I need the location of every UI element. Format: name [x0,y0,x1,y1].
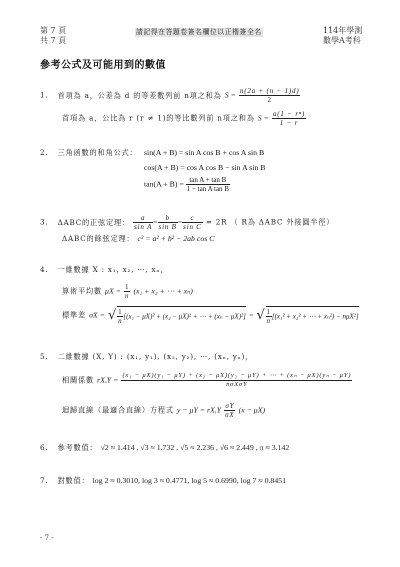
arith-series-fraction: n(2a + (n − 1)d) 2 [239,87,301,104]
mean-lhs: μX = [105,287,121,296]
fraction-numerator: a [133,214,153,223]
regression-formula: 迴歸直線（最適合直線）方程式 y − μY = rX,Y σY σX (x − … [62,402,265,419]
fraction-denominator: nσXσY [121,381,352,389]
mean-fraction: 1 n [124,283,130,300]
item-4: 4. 一維數據 X : x₁, x₂, ⋯, xₙ， [40,265,168,274]
fraction-denominator: 1 − tan A tan B [186,185,230,193]
sine-law-text: ΔABC的正弦定理： [58,218,130,227]
cosine-law-text: ΔABC的餘弦定理： [62,234,134,243]
item-5: 5. 二維數據 (X, Y) : (x₁, y₁), (x₂, y₂), ⋯, … [40,352,253,361]
sd-text: 標準差 [62,311,86,320]
item-number: 5. [40,352,48,361]
sd-sqrt-2: √1n[(x₁² + x₂² + ⋯ + xₙ²) − nμX²] [256,306,358,325]
fraction-denominator: sin A [133,223,153,231]
sd-body-2: [(x₁² + x₂² + ⋯ + xₙ²) − nμX²] [272,313,359,321]
reg-fraction: σY σX [224,402,235,419]
page-total-label: 共 7 頁 [40,36,66,46]
two-dim-data-text: 二維數據 (X, Y) : (x₁, y₁), (x₂, y₂), ⋯, (xₙ… [58,352,254,361]
reg-lhs: y − μY = rX,Y [177,406,221,415]
tan-sum-formula: tan(A + B) = tan A + tan B 1 − tan A tan… [144,176,230,193]
page-title: 參考公式及可能用到的數值 [40,56,166,71]
fraction-denominator: n [124,292,130,300]
fraction-numerator: n(2a + (n − 1)d) [239,87,301,96]
item-6: 6. 參考數值： √2 ≈ 1.414 , √3 ≈ 1.732 , √5 ≈ … [40,443,289,452]
one-dim-data-text: 一維數據 X : x₁, x₂, ⋯, xₙ， [58,265,169,274]
arith-series-text: 首項為 a，公差為 d 的等差數列前 n項之和為 [58,91,222,100]
fraction-denominator: 2 [239,96,301,104]
corr-text: 相關係數 [62,376,94,385]
fraction-denominator: σX [224,411,235,419]
item-number: 7. [40,476,48,485]
corr-lhs: rX,Y = [97,376,118,385]
sine-law-tail: = 2R （ R為 ΔABC 外接圓半徑） [206,218,334,227]
item-7: 7. 對數值： log 2 ≈ 0.3010, log 3 ≈ 0.4771, … [40,476,286,485]
fraction-numerator: tan A + tan B [186,176,230,185]
item-1b: 首項為 a，公比為 r (r ≠ 1)的等比數列前 n項之和為 S = a(1 … [62,110,306,127]
fraction-denominator: sin B [158,223,178,231]
sine-law-frac-c: c sin C [182,214,203,231]
cos-sum-formula: cos(A + B) = cos A cos B − sin A sin B [144,163,266,172]
fraction-numerator: (x₁ − μX)(y₁ − μY) + (x₂ − μX)(y₂ − μY) … [121,372,352,381]
sd-lhs: σX = [89,311,105,320]
exam-subject-label: 數學A考科 [323,36,361,46]
fraction-numerator: 1 [124,283,130,292]
exam-year-label: 114年學測 [323,26,362,36]
geo-series-lhs: S = [258,114,269,123]
item-1: 1. 首項為 a，公差為 d 的等差數列前 n項之和為 S = n(2a + (… [40,87,300,104]
mean-text: 算術平均數 [62,287,102,296]
ref-values-text: 參考數值： [58,443,98,452]
mean-rhs: (x₁ + x₂ + ⋯ + xₙ) [133,287,192,296]
sd-formula: 標準差 σX = √1n[(x₁ − μX)² + (x₂ − μX)² + ⋯… [62,306,359,325]
page-number: - 7 - [40,534,54,542]
tan-fraction: tan A + tan B 1 − tan A tan B [186,176,230,193]
item-3b: ΔABC的餘弦定理： c² = a² + b² − 2ab cos C [62,234,214,243]
fraction-numerator: c [182,214,203,223]
fraction-denominator: sin C [182,223,203,231]
item-number: 2. [40,148,48,157]
item-number: 3. [40,218,48,227]
sd-equals: = [249,311,253,320]
sd-body-1: [(x₁ − μX)² + (x₂ − μX)² + ⋯ + (xₙ − μX)… [123,313,245,321]
ref-values: √2 ≈ 1.414 , √3 ≈ 1.732 , √5 ≈ 2.236 , √… [101,443,290,452]
sin-sum-formula: sin(A + B) = sin A cos B + cos A sin B [144,148,264,157]
trig-sum-text: 三角函數的和角公式： [58,148,138,157]
fraction-numerator: a(1 − rⁿ) [272,110,306,119]
corr-fraction: (x₁ − μX)(y₁ − μY) + (x₂ − μX)(y₂ − μY) … [121,372,352,389]
sd-sqrt-1: √1n[(x₁ − μX)² + (x₂ − μX)² + ⋯ + (xₙ − … [108,306,246,325]
item-3: 3. ΔABC的正弦定理： a sin A = b sin B = c sin … [40,214,334,231]
mean-formula: 算術平均數 μX = 1 n (x₁ + x₂ + ⋯ + xₙ) [62,283,193,300]
correlation-formula: 相關係數 rX,Y = (x₁ − μX)(y₁ − μY) + (x₂ − μ… [62,372,352,389]
cosine-law-formula: c² = a² + b² − 2ab cos C [138,234,215,243]
log-values-text: 對數值： [58,476,90,485]
page-current-label: 第 7 頁 [40,26,66,36]
tan-lhs: tan(A + B) = [144,179,184,188]
geo-series-fraction: a(1 − rⁿ) 1 − r [272,110,306,127]
item-number: 1. [40,91,48,100]
reg-rhs: (x − μX) [239,406,266,415]
sine-law-frac-b: b sin B [158,214,178,231]
geo-series-text: 首項為 a，公比為 r (r ≠ 1)的等比數列前 n項之和為 [62,114,255,123]
signature-notice: 請記得在答題卷簽名欄位以正楷簽全名 [135,28,263,37]
sine-law-frac-a: a sin A [133,214,153,231]
reg-text: 迴歸直線（最適合直線）方程式 [62,406,174,415]
log-values: log 2 ≈ 0.3010, log 3 ≈ 0.4771, log 5 ≈ … [93,476,286,485]
fraction-numerator: b [158,214,178,223]
item-number: 6. [40,443,48,452]
item-2: 2. 三角函數的和角公式： [40,148,137,157]
fraction-numerator: σY [224,402,235,411]
fraction-denominator: 1 − r [272,119,306,127]
arith-series-lhs: S = [225,91,236,100]
item-number: 4. [40,265,48,274]
